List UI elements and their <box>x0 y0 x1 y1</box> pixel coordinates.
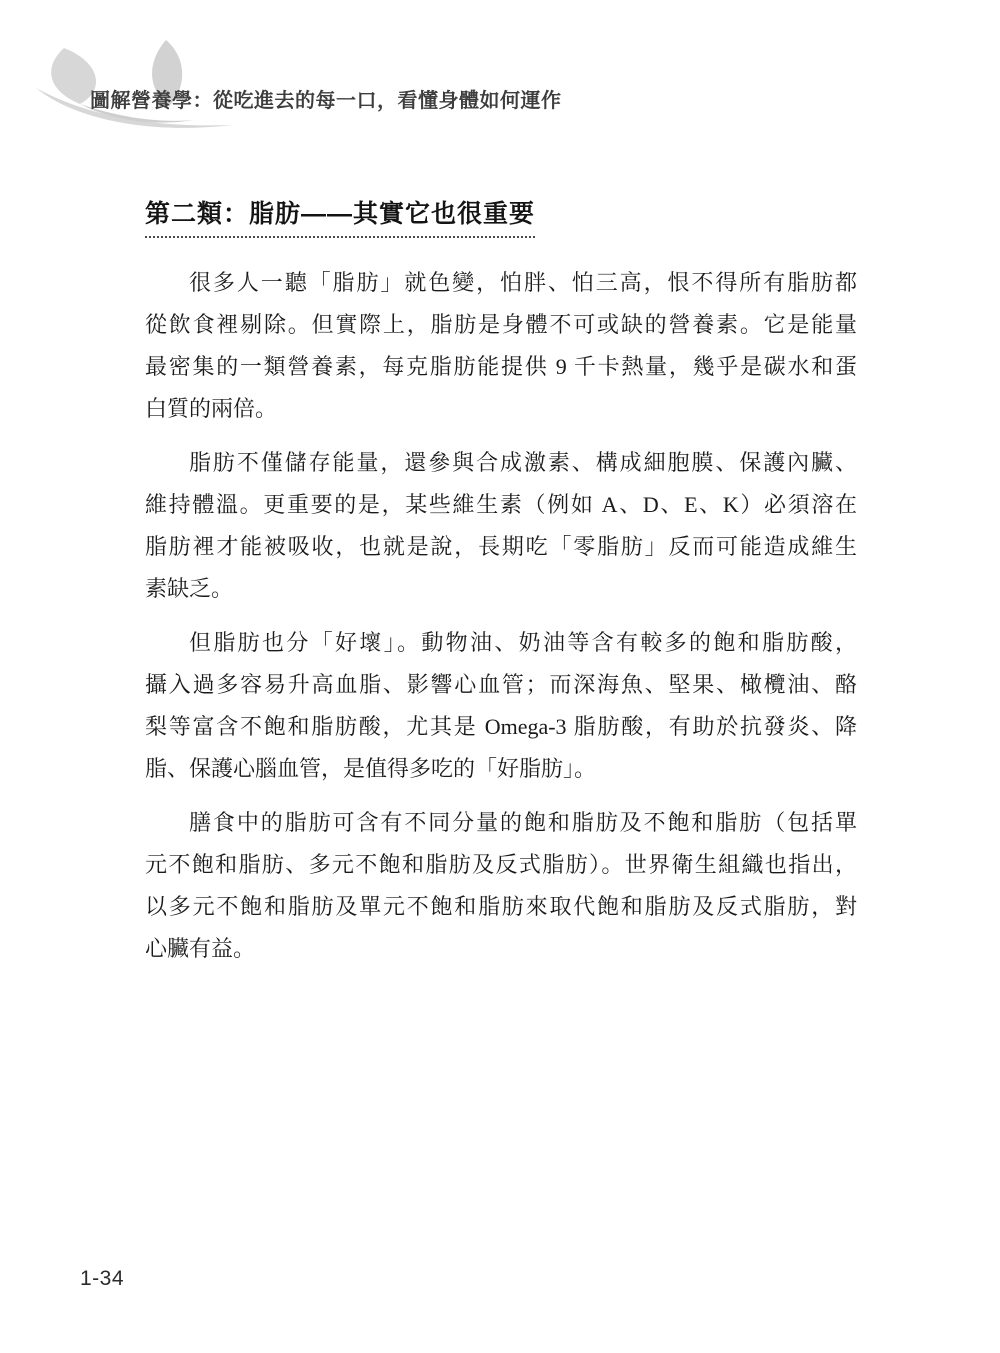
paragraph: 脂肪不僅儲存能量，還參與合成激素、構成細胞膜、保護內臟、維持體溫。更重要的是，某… <box>145 442 857 610</box>
text-line: 白質的兩倍。 <box>145 388 857 430</box>
text-line: 攝入過多容易升高血脂、影響心血管；而深海魚、堅果、橄欖油、酪 <box>145 664 857 706</box>
paragraph: 膳食中的脂肪可含有不同分量的飽和脂肪及不飽和脂肪（包括單元不飽和脂肪、多元不飽和… <box>145 802 857 970</box>
main-content: 第二類：脂肪——其實它也很重要 很多人一聽「脂肪」就色變，怕胖、怕三高，恨不得所… <box>145 199 857 982</box>
text-line: 最密集的一類營養素，每克脂肪能提供 9 千卡熱量，幾乎是碳水和蛋 <box>145 346 857 388</box>
text-line: 很多人一聽「脂肪」就色變，怕胖、怕三高，恨不得所有脂肪都 <box>145 262 857 304</box>
page-number: 1-34 <box>80 1267 124 1291</box>
text-line: 心臟有益。 <box>145 928 857 970</box>
text-line: 脂肪裡才能被吸收，也就是說，長期吃「零脂肪」反而可能造成維生 <box>145 526 857 568</box>
text-line: 以多元不飽和脂肪及單元不飽和脂肪來取代飽和脂肪及反式脂肪，對 <box>145 886 857 928</box>
section-title: 第二類：脂肪——其實它也很重要 <box>145 199 535 238</box>
text-line: 但脂肪也分「好壞」。動物油、奶油等含有較多的飽和脂肪酸， <box>145 622 857 664</box>
paragraph: 很多人一聽「脂肪」就色變，怕胖、怕三高，恨不得所有脂肪都從飲食裡剔除。但實際上，… <box>145 262 857 430</box>
text-line: 維持體溫。更重要的是，某些維生素（例如 A、D、E、K）必須溶在 <box>145 484 857 526</box>
text-line: 元不飽和脂肪、多元不飽和脂肪及反式脂肪）。世界衛生組織也指出， <box>145 844 857 886</box>
book-page: 圖解營養學：從吃進去的每一口，看懂身體如何運作 第二類：脂肪——其實它也很重要 … <box>0 0 1000 1353</box>
paragraphs: 很多人一聽「脂肪」就色變，怕胖、怕三高，恨不得所有脂肪都從飲食裡剔除。但實際上，… <box>145 262 857 970</box>
text-line: 素缺乏。 <box>145 568 857 610</box>
text-line: 脂、保護心腦血管，是值得多吃的「好脂肪」。 <box>145 748 857 790</box>
text-line: 脂肪不僅儲存能量，還參與合成激素、構成細胞膜、保護內臟、 <box>145 442 857 484</box>
text-line: 梨等富含不飽和脂肪酸，尤其是 Omega-3 脂肪酸，有助於抗發炎、降 <box>145 706 857 748</box>
text-line: 膳食中的脂肪可含有不同分量的飽和脂肪及不飽和脂肪（包括單 <box>145 802 857 844</box>
paragraph: 但脂肪也分「好壞」。動物油、奶油等含有較多的飽和脂肪酸，攝入過多容易升高血脂、影… <box>145 622 857 790</box>
running-head-title: 圖解營養學：從吃進去的每一口，看懂身體如何運作 <box>90 84 562 113</box>
text-line: 從飲食裡剔除。但實際上，脂肪是身體不可或缺的營養素。它是能量 <box>145 304 857 346</box>
